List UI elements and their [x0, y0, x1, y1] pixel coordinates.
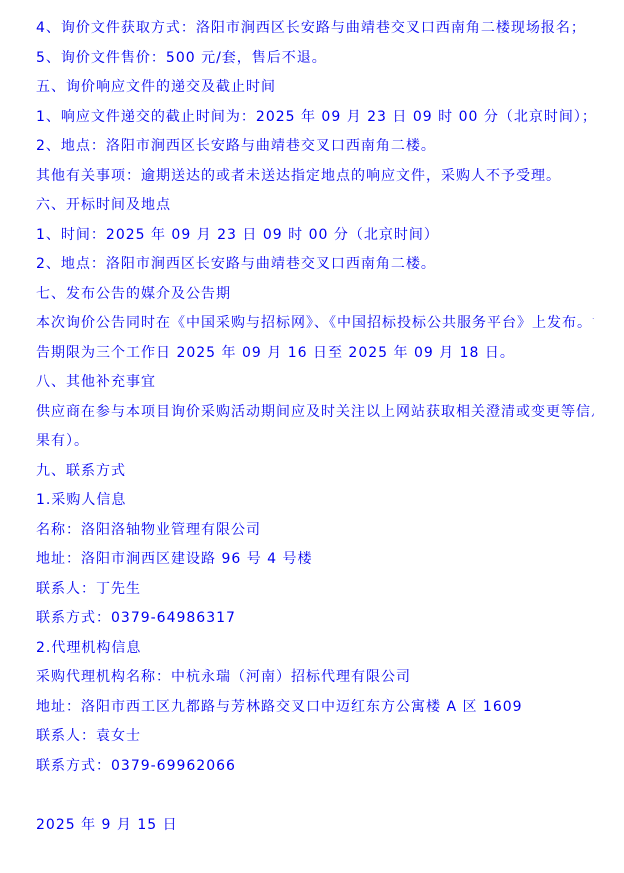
doc-line-deadline-time: 1、响应文件递交的截止时间为：2025 年 09 月 23 日 09 时 00 …	[36, 103, 594, 133]
document-body: 4、询价文件获取方式：洛阳市涧西区长安路与曲靖巷交叉口西南角二楼现场报名； 5、…	[0, 0, 624, 840]
doc-line-agency-contact-person: 联系人：袁女士	[36, 722, 594, 752]
doc-line-signature-date: 2025 年 9 月 15 日	[36, 811, 594, 841]
doc-line-other-matters: 其他有关事项：逾期送达的或者未送达指定地点的响应文件，采购人不予受理。	[36, 162, 594, 192]
doc-subheading-agency-info: 2.代理机构信息	[36, 634, 594, 664]
doc-heading-section-8-supplementary: 八、其他补充事宜	[36, 368, 594, 398]
doc-heading-section-5-submission-deadline: 五、询价响应文件的递交及截止时间	[36, 73, 594, 103]
doc-heading-section-9-contact: 九、联系方式	[36, 457, 594, 487]
doc-line-opening-location: 2、地点：洛阳市涧西区长安路与曲靖巷交叉口西南角二楼。	[36, 250, 594, 280]
doc-line-announcement-media-1: 本次询价公告同时在《中国采购与招标网》、《中国招标投标公共服务平台》上发布。询价…	[36, 309, 594, 339]
doc-line-supplementary-2: 果有）。	[36, 427, 594, 457]
doc-line-agency-address: 地址：洛阳市西工区九都路与芳林路交叉口中迈红东方公寓楼 A 区 1609	[36, 693, 594, 723]
doc-line-announcement-media-2: 告期限为三个工作日 2025 年 09 月 16 日至 2025 年 09 月 …	[36, 339, 594, 369]
doc-heading-section-7-announcement-media: 七、发布公告的媒介及公告期	[36, 280, 594, 310]
doc-line-file-price: 5、询价文件售价：500 元/套，售后不退。	[36, 44, 594, 74]
doc-line-supplementary-1: 供应商在参与本项目询价采购活动期间应及时关注以上网站获取相关澄清或变更等信息（如	[36, 398, 594, 428]
doc-line-file-obtain-method: 4、询价文件获取方式：洛阳市涧西区长安路与曲靖巷交叉口西南角二楼现场报名；	[36, 14, 594, 44]
doc-line-purchaser-name: 名称：洛阳洛轴物业管理有限公司	[36, 516, 594, 546]
doc-subheading-purchaser-info: 1.采购人信息	[36, 486, 594, 516]
document-page: 4、询价文件获取方式：洛阳市涧西区长安路与曲靖巷交叉口西南角二楼现场报名； 5、…	[0, 0, 624, 873]
doc-line-purchaser-contact-person: 联系人：丁先生	[36, 575, 594, 605]
doc-line-submission-location: 2、地点：洛阳市涧西区长安路与曲靖巷交叉口西南角二楼。	[36, 132, 594, 162]
doc-line-agency-name: 采购代理机构名称：中杭永瑞（河南）招标代理有限公司	[36, 663, 594, 693]
doc-heading-section-6-bid-opening: 六、开标时间及地点	[36, 191, 594, 221]
doc-line-opening-time: 1、时间：2025 年 09 月 23 日 09 时 00 分（北京时间）	[36, 221, 594, 251]
doc-line-purchaser-phone: 联系方式：0379-64986317	[36, 604, 594, 634]
blank-line	[36, 781, 594, 811]
doc-line-purchaser-address: 地址：洛阳市涧西区建设路 96 号 4 号楼	[36, 545, 594, 575]
doc-line-agency-phone: 联系方式：0379-69962066	[36, 752, 594, 782]
